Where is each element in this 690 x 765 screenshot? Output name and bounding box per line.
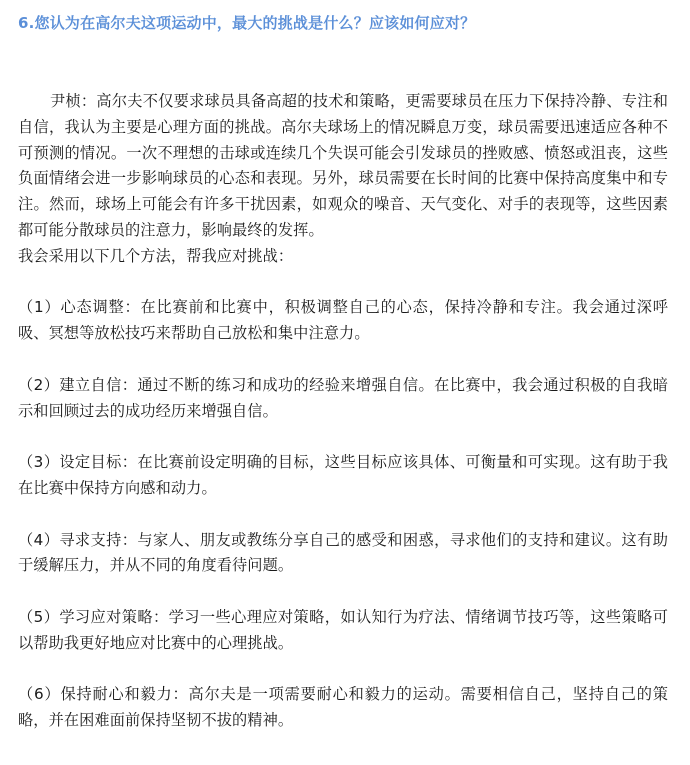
spacer	[18, 424, 668, 450]
question-title: 6.您认为在高尔夫这项运动中，最大的挑战是什么？应该如何应对？	[18, 12, 475, 33]
method-item-2: （2）建立自信：通过不断的练习和成功的经验来增强自信。在比赛中，我会通过积极的自…	[18, 373, 668, 425]
spacer	[18, 579, 668, 605]
spacer	[18, 270, 668, 296]
spacer	[18, 657, 668, 683]
spacer	[18, 347, 668, 373]
answer-intro-paragraph: 尹桢：高尔夫不仅要求球员具备高超的技术和策略，更需要球员在压力下保持冷静、专注和…	[18, 89, 668, 244]
method-item-3: （3）设定目标：在比赛前设定明确的目标，这些目标应该具体、可衡量和可实现。这有助…	[18, 450, 668, 502]
answer-lead-in: 我会采用以下几个方法，帮我应对挑战：	[18, 244, 668, 270]
method-item-6: （6）保持耐心和毅力：高尔夫是一项需要耐心和毅力的运动。需要相信自己，坚持自己的…	[18, 682, 668, 734]
answer-body: 尹桢：高尔夫不仅要求球员具备高超的技术和策略，更需要球员在压力下保持冷静、专注和…	[18, 89, 668, 734]
method-item-1: （1）心态调整：在比赛前和比赛中，积极调整自己的心态，保持冷静和专注。我会通过深…	[18, 295, 668, 347]
method-item-4: （4）寻求支持：与家人、朋友或教练分享自己的感受和困惑，寻求他们的支持和建议。这…	[18, 528, 668, 580]
spacer	[18, 502, 668, 528]
method-item-5: （5）学习应对策略：学习一些心理应对策略，如认知行为疗法、情绪调节技巧等，这些策…	[18, 605, 668, 657]
